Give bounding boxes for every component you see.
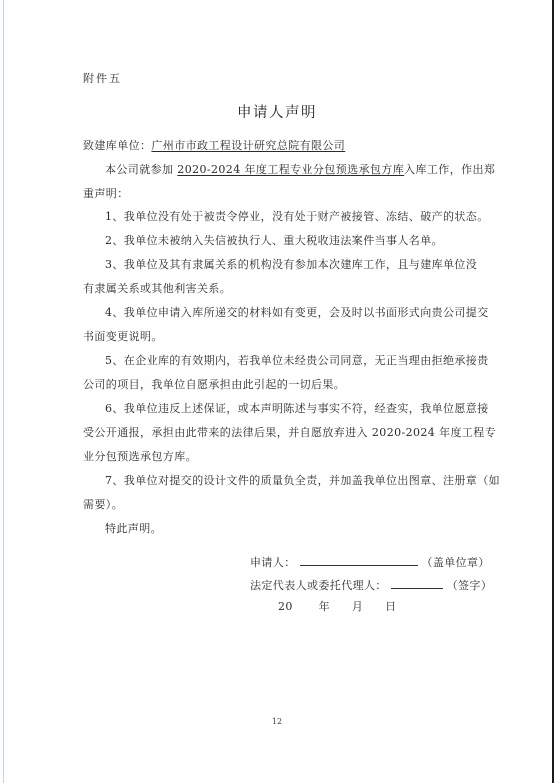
intro-continuation: 重声明： (83, 187, 129, 201)
clause-2: 2、我单位未被纳入失信被执行人、重大税收违法案件当事人名单。 (105, 234, 443, 248)
intro-suffix: 入库工作，作出郑 (404, 163, 495, 176)
clause-7: 7、我单位对提交的设计文件的质量负全责，并加盖我单位出图章、注册章（如 (105, 474, 500, 488)
clause-4-cont: 书面变更说明。 (83, 330, 163, 344)
intro-underlined: 2020-2024 年度工程专业分包预选承包方库 (177, 163, 404, 176)
clause-6-cont-1: 受公开通报，承担由此带来的法律后果，并自愿放弃进入 2020-2024 年度工程… (83, 426, 496, 440)
date-year: 年 (319, 600, 330, 613)
applicant-label: 申请人： (250, 556, 296, 569)
clause-4: 4、我单位申请入库所递交的材料如有变更，会及时以书面形式向贵公司提交 (105, 306, 489, 320)
addressee-label: 致建库单位： (83, 139, 151, 152)
applicant-note: （盖单位章） (421, 556, 489, 569)
page-number: 12 (0, 717, 554, 726)
clause-7-cont: 需要）。 (83, 498, 123, 512)
date-month: 月 (352, 600, 363, 613)
representative-label: 法定代表人或委托代理人： (250, 579, 387, 592)
intro-line: 本公司就参加 2020-2024 年度工程专业分包预选承包方库入库工作，作出郑 (105, 163, 495, 177)
document-title: 申请人声明 (0, 104, 554, 122)
clause-3: 3、我单位及其有隶属关系的机构没有参加本次建库工作，且与建库单位没 (105, 258, 477, 272)
clause-6: 6、我单位违反上述保证，或本声明陈述与事实不符，经查实，我单位愿意接 (105, 402, 489, 416)
date-day: 日 (385, 600, 396, 613)
representative-note: （签字） (447, 579, 493, 592)
addressee-value: 广州市市政工程设计研究总院有限公司 (151, 139, 345, 152)
clause-1: 1、我单位没有处于被责令停业，没有处于财产被接管、冻结、破产的状态。 (105, 210, 489, 224)
representative-line: 法定代表人或委托代理人： （签字） (250, 579, 492, 593)
addressee-line: 致建库单位：广州市市政工程设计研究总院有限公司 (83, 139, 345, 153)
clause-5-cont: 公司的项目，我单位自愿承担由此引起的一切后果。 (83, 378, 345, 392)
applicant-signature-blank (300, 556, 418, 566)
date-line: 20 年 月 日 (278, 600, 396, 614)
clause-5: 5、在企业库的有效期内，若我单位未经贵公司同意，无正当理由拒绝承接贵 (105, 354, 489, 368)
attachment-label: 附件五 (83, 72, 122, 86)
representative-signature-blank (391, 579, 443, 589)
clause-3-cont: 有隶属关系或其他利害关系。 (83, 282, 231, 296)
document-page: 附件五 申请人声明 致建库单位：广州市市政工程设计研究总院有限公司 本公司就参加… (0, 0, 554, 783)
clause-6-cont-2: 业分包预选承包方库。 (83, 450, 197, 464)
closing-statement: 特此声明。 (105, 522, 162, 536)
applicant-line: 申请人： （盖单位章） (250, 556, 490, 570)
date-year-prefix: 20 (278, 600, 293, 613)
intro-prefix: 本公司就参加 (105, 163, 177, 176)
